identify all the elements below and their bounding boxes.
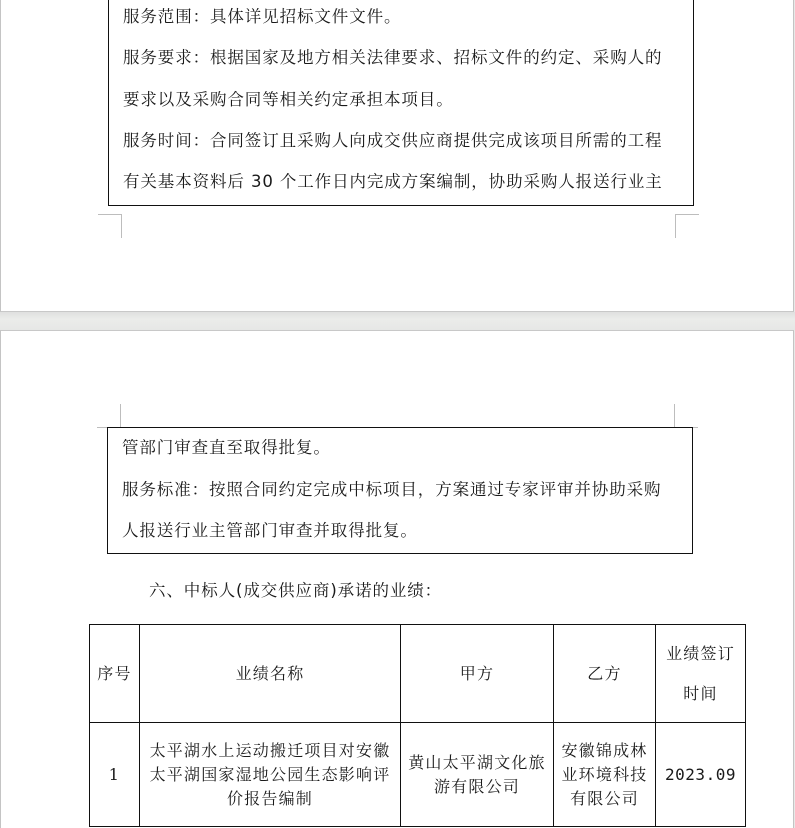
cell-party-b: 安徽锦成林业环境科技有限公司 (554, 723, 656, 827)
header-signing-date-line2: 时间 (658, 674, 743, 714)
cell-signing-date: 2023.09 (656, 723, 746, 827)
table-row: 1 太平湖水上运动搬迁项目对安徽太平湖国家湿地公园生态影响评价报告编制 黄山太平… (90, 723, 746, 827)
margin-corner-mark-bottom-right (675, 214, 676, 238)
header-signing-date: 业绩签订 时间 (656, 625, 746, 723)
approval-continuation-line: 管部门审查直至取得批复。 (122, 438, 331, 458)
service-standard-textbox: 管部门审查直至取得批复。 服务标准：按照合同约定完成中标项目，方案通过专家评审并… (107, 427, 693, 554)
header-party-a: 甲方 (401, 625, 554, 723)
margin-corner-mark-bottom-right (675, 214, 699, 215)
table-header-row: 序号 业绩名称 甲方 乙方 业绩签订 时间 (90, 625, 746, 723)
service-details-textbox: 服务范围：具体详见招标文件文件。 服务要求：根据国家及地方相关法律要求、招标文件… (108, 0, 694, 206)
header-seq: 序号 (90, 625, 140, 723)
margin-corner-mark-top-right (674, 404, 675, 428)
service-standard-line-1: 服务标准：按照合同约定完成中标项目，方案通过专家评审并协助采购 (122, 480, 661, 500)
section-heading: 六、中标人(成交供应商)承诺的业绩： (149, 577, 442, 601)
service-requirement-line-2: 要求以及采购合同等相关约定承担本项目。 (123, 90, 454, 110)
margin-corner-mark-bottom-left (98, 214, 122, 215)
page-gap (0, 312, 795, 330)
margin-corner-mark-top-left (120, 404, 121, 428)
service-standard-line-2: 人报送行业主管部门审查并取得批复。 (122, 521, 418, 541)
service-time-line-2: 有关基本资料后 30 个工作日内完成方案编制，协助采购人报送行业主 (123, 172, 663, 192)
service-scope-line: 服务范围：具体详见招标文件文件。 (123, 7, 401, 27)
margin-corner-mark-bottom-left (121, 214, 122, 238)
cell-party-a: 黄山太平湖文化旅游有限公司 (401, 723, 554, 827)
header-signing-date-line1: 业绩签订 (658, 634, 743, 674)
cell-seq: 1 (90, 723, 140, 827)
document-page-1: 服务范围：具体详见招标文件文件。 服务要求：根据国家及地方相关法律要求、招标文件… (0, 0, 794, 312)
service-time-line-1: 服务时间：合同签订且采购人向成交供应商提供完成该项目所需的工程 (123, 131, 662, 151)
service-requirement-line-1: 服务要求：根据国家及地方相关法律要求、招标文件的约定、采购人的 (123, 48, 662, 68)
performance-table: 序号 业绩名称 甲方 乙方 业绩签订 时间 1 太平湖水上运动搬迁项目对安徽太平… (89, 624, 746, 827)
cell-project-name: 太平湖水上运动搬迁项目对安徽太平湖国家湿地公园生态影响评价报告编制 (140, 723, 401, 827)
header-party-b: 乙方 (554, 625, 656, 723)
header-project-name: 业绩名称 (140, 625, 401, 723)
